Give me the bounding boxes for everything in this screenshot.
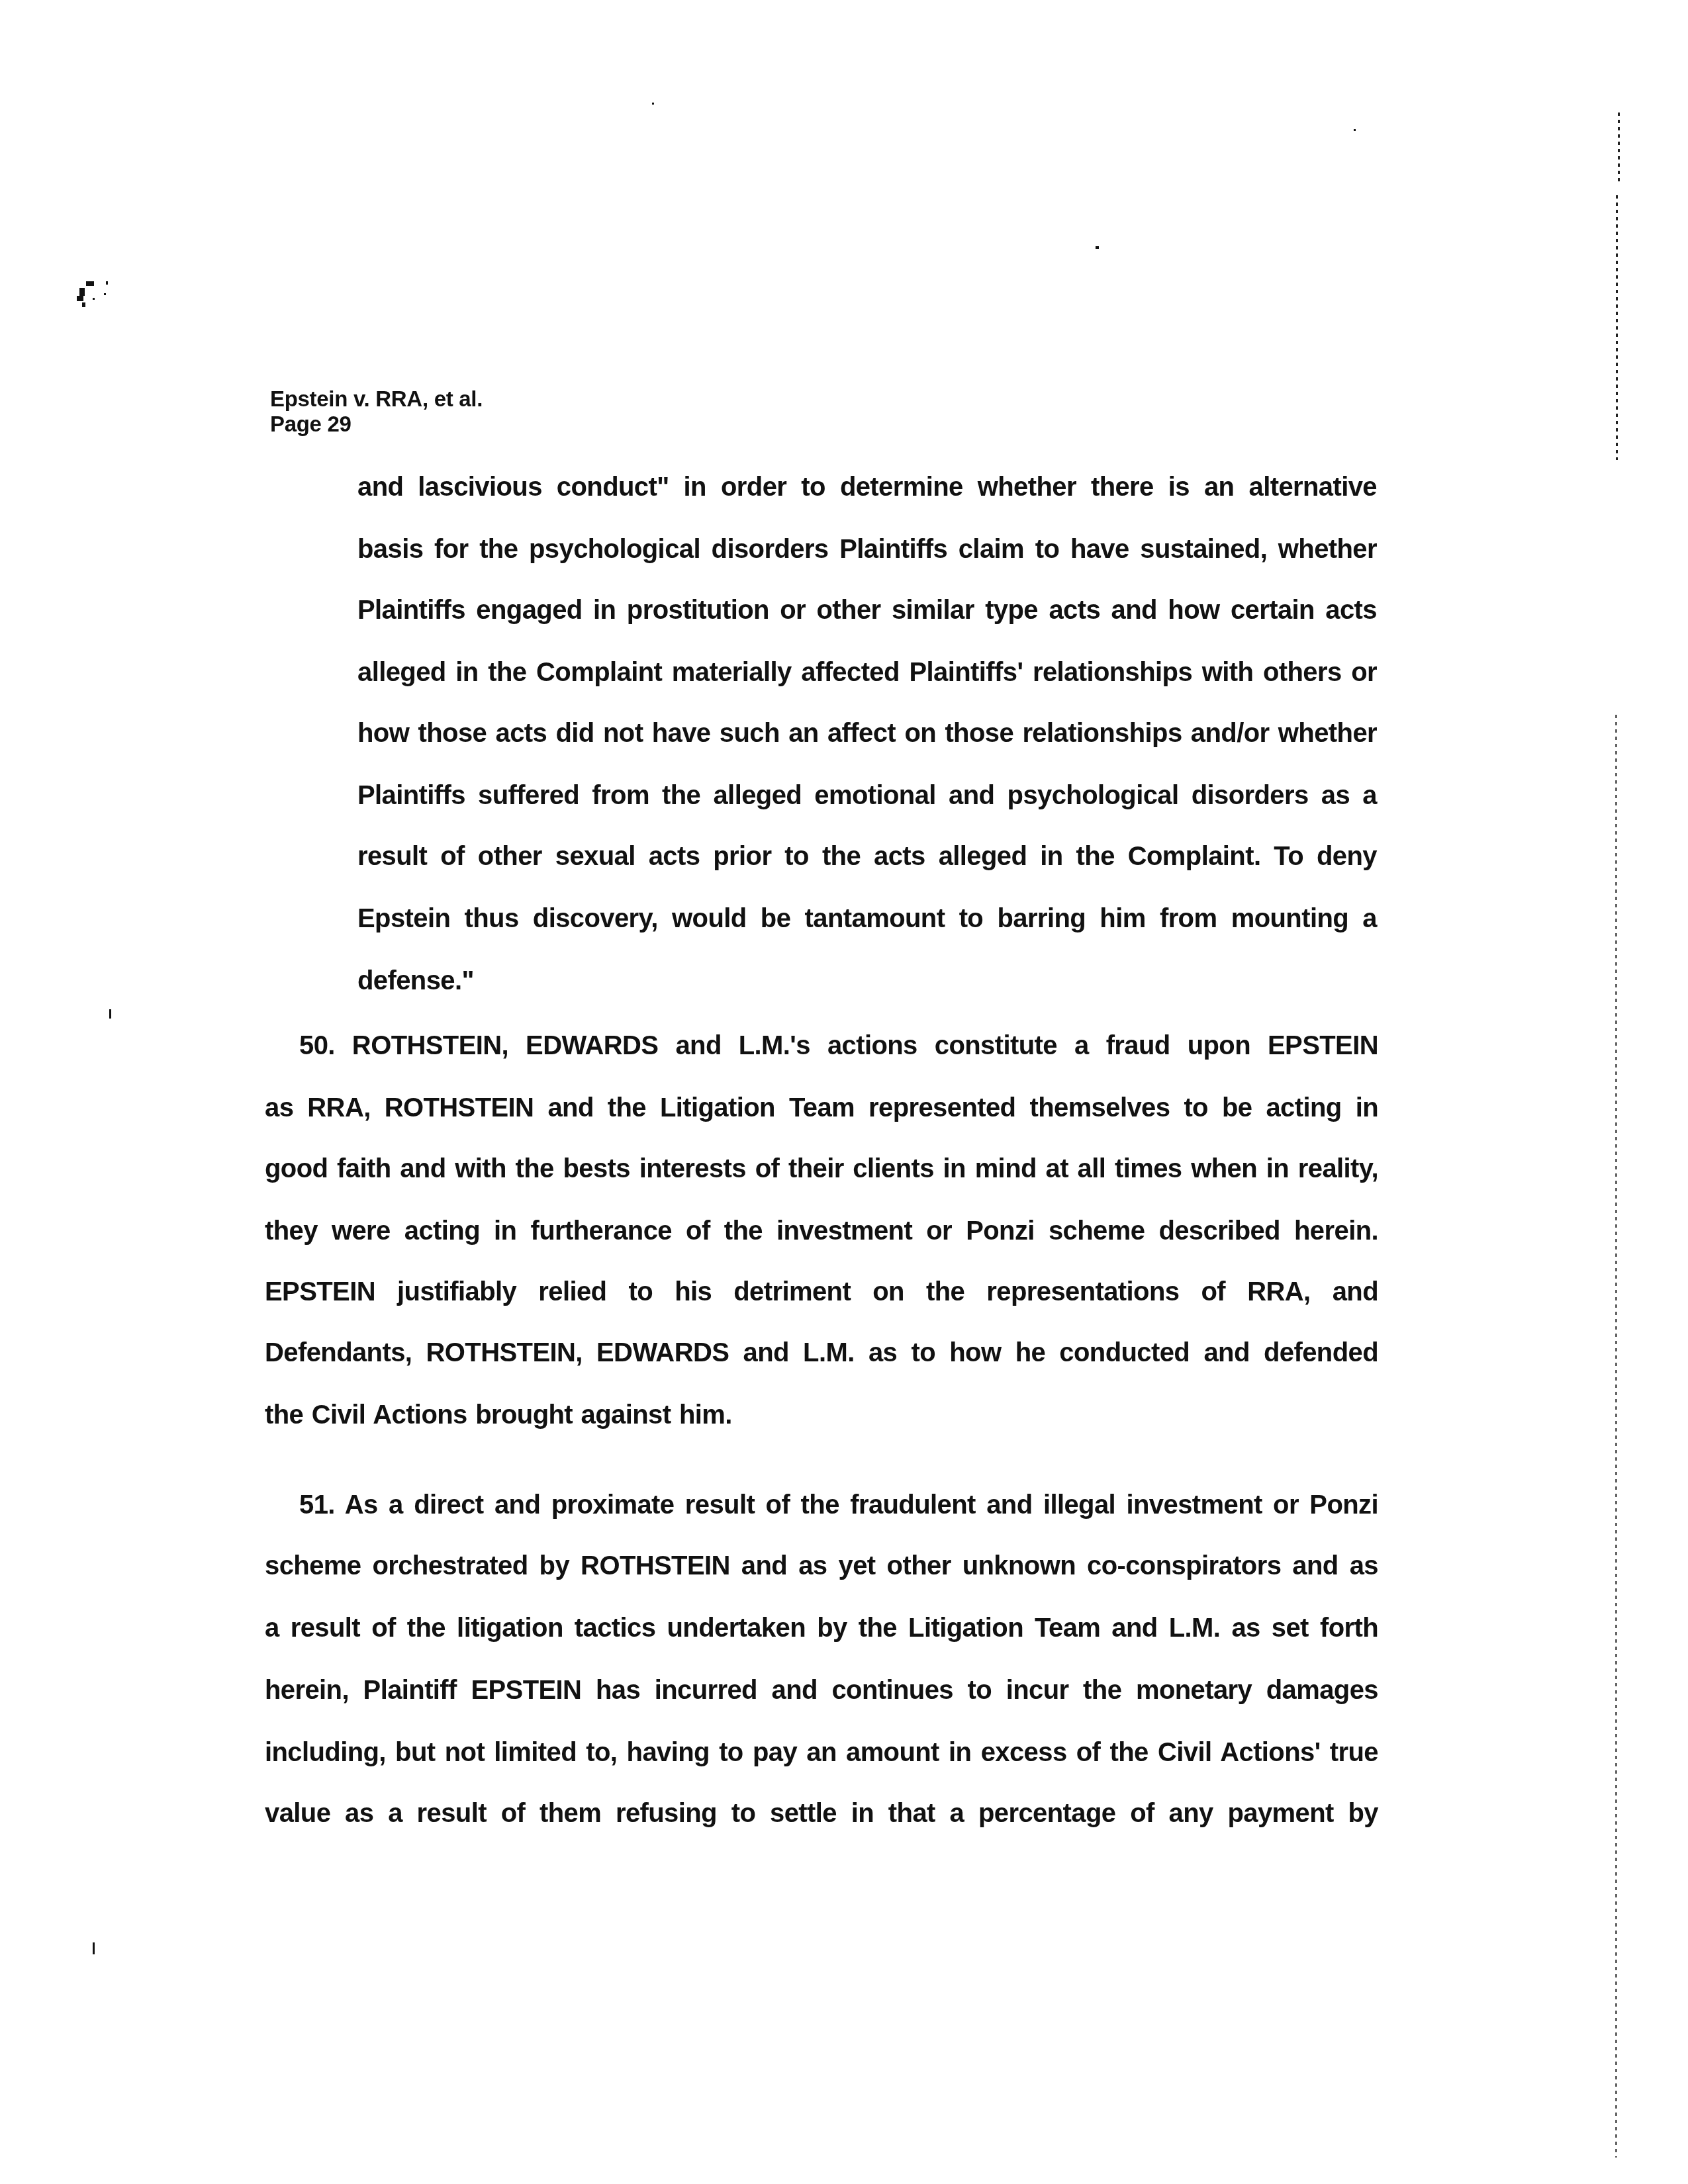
paragraph-line: EPSTEIN justifiably relied to his detrim… (265, 1276, 1378, 1308)
scan-speck (1354, 129, 1356, 131)
paragraph-line: 50. ROTHSTEIN, EDWARDS and L.M.'s action… (299, 1030, 1378, 1062)
scan-speck (109, 1009, 111, 1019)
scan-speck (652, 103, 654, 105)
scan-speck (93, 1942, 95, 1954)
quote-line: how those acts did not have such an affe… (357, 717, 1377, 749)
document-page: Epstein v. RRA, et al. Page 29 and lasci… (0, 0, 1688, 2184)
paragraph-line: good faith and with the bests interests … (265, 1153, 1378, 1185)
quote-line: Plaintiffs suffered from the alleged emo… (357, 780, 1377, 811)
scan-smudge-top-left (73, 281, 113, 321)
paragraph-line: the Civil Actions brought against him. (265, 1399, 1378, 1431)
page-header: Epstein v. RRA, et al. Page 29 (270, 387, 483, 437)
scan-edge-line-lower (1615, 715, 1617, 2158)
paragraph-line: as RRA, ROTHSTEIN and the Litigation Tea… (265, 1092, 1378, 1124)
paragraph-line: 51. As a direct and proximate result of … (299, 1489, 1378, 1521)
quote-line: alleged in the Complaint materially affe… (357, 657, 1377, 688)
paragraph-line: a result of the litigation tactics under… (265, 1612, 1378, 1644)
paragraph-line: value as a result of them refusing to se… (265, 1797, 1378, 1829)
scan-speck (1096, 246, 1099, 249)
quote-line: basis for the psychological disorders Pl… (357, 533, 1377, 565)
case-caption: Epstein v. RRA, et al. (270, 387, 483, 412)
paragraph-line: scheme orchestrated by ROTHSTEIN and as … (265, 1550, 1378, 1582)
scan-edge-line-mid (1616, 195, 1618, 460)
quote-line: and lascivious conduct" in order to dete… (357, 471, 1377, 503)
paragraph-line: they were acting in furtherance of the i… (265, 1215, 1378, 1247)
page-number: Page 29 (270, 412, 483, 437)
quote-line: defense." (357, 965, 1377, 997)
quote-line: Plaintiffs engaged in prostitution or ot… (357, 594, 1377, 626)
scan-edge-line-upper (1618, 113, 1620, 185)
quote-line: Epstein thus discovery, would be tantamo… (357, 903, 1377, 934)
paragraph-line: herein, Plaintiff EPSTEIN has incurred a… (265, 1674, 1378, 1706)
paragraph-line: Defendants, ROTHSTEIN, EDWARDS and L.M. … (265, 1337, 1378, 1369)
quote-line: result of other sexual acts prior to the… (357, 841, 1377, 872)
paragraph-line: including, but not limited to, having to… (265, 1737, 1378, 1768)
